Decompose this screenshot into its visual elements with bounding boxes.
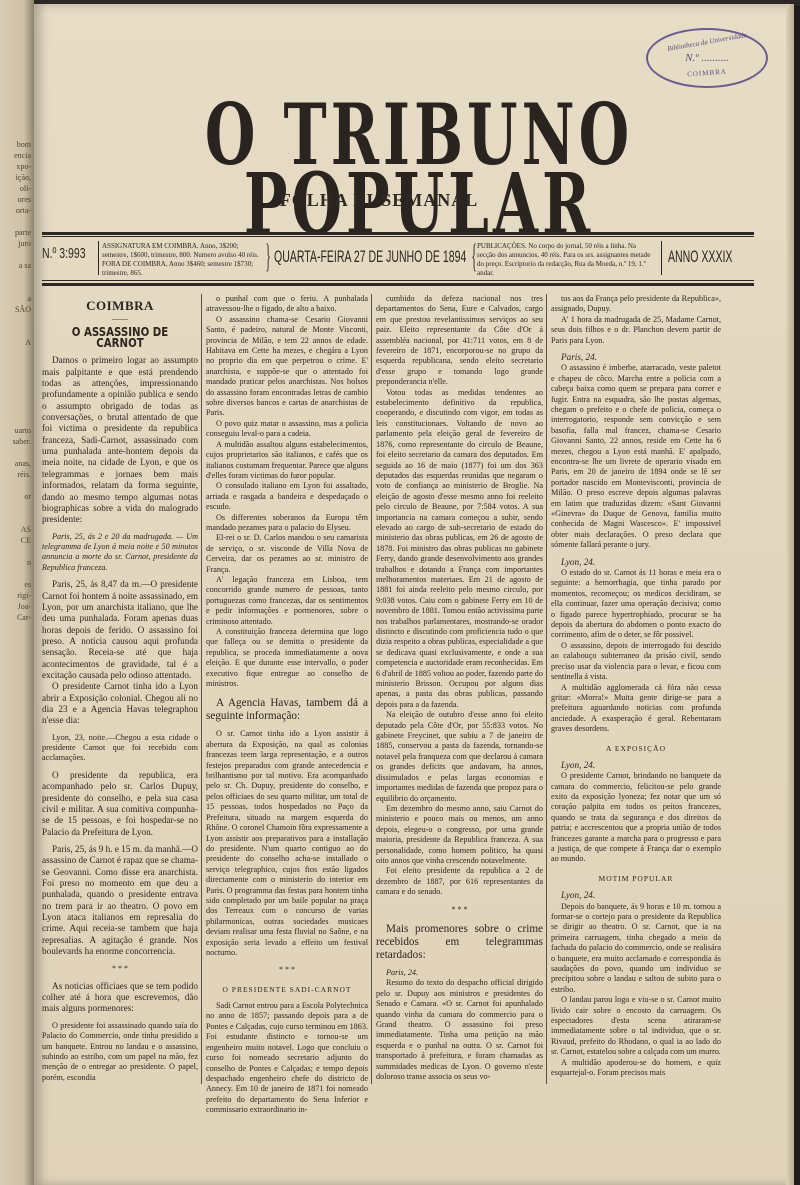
prev-page-fragment: parte [1, 228, 31, 238]
paragraph: Na eleição de outubro d'esse anno foi el… [376, 710, 543, 804]
dispatch: Lyon, 23, noite.—Chegou a esta cidade o … [42, 733, 198, 764]
separator-stars: * * * [376, 904, 543, 915]
column-4: tos aos da França pelo presidente da Rep… [551, 294, 721, 1078]
dispatch: Paris, 25, ás 2 e 20 da madrugada. — Um … [42, 532, 198, 574]
paragraph: O presidente foi assassinado quando saía… [42, 1021, 198, 1083]
paragraph: O landau parou logo e viu-se o sr. Carno… [551, 995, 721, 1057]
newspaper-page: Bibliotheca da Universidade N.º ........… [34, 4, 794, 1185]
late-dispatch-intro: Mais promenores sobre o crime recebidos … [376, 923, 543, 962]
prev-page-fragment: CE [1, 536, 31, 546]
prev-page-fragment: xpo- [1, 162, 31, 172]
paragraph: O assassino chama-se Cesario Giovanni Sa… [206, 315, 368, 419]
separator-stars: * * * [206, 964, 368, 975]
sub-heading: A EXPOSIÇÃO [551, 743, 721, 754]
page-edge [786, 4, 794, 1185]
paragraph: As noticias officiaes que se tem podido … [42, 981, 198, 1015]
paragraph: tos aos da França pelo presidente da Rep… [551, 294, 721, 315]
prev-page-fragment: es [1, 580, 31, 590]
paragraph: O povo quiz matar o assassino, mas a pol… [206, 419, 368, 440]
issue-date: QUARTA-FEIRA 27 DE JUNHO DE 1894 [274, 247, 392, 267]
prev-page-fragment: ores [1, 195, 31, 205]
masthead-subtitle: FOLHA BI-SEMANAL [254, 190, 504, 211]
paragraph: cumbido da defeza nacional nos tres depa… [376, 294, 543, 388]
divider [98, 241, 99, 275]
paragraph: A' legação franceza em Lisboa, tem conco… [206, 575, 368, 627]
dateline: Paris, 24. [376, 968, 543, 978]
stamp-line-2: N.º .......... [648, 52, 766, 64]
separator-dash: —— [42, 313, 198, 324]
havas-intro: A Agencia Havas, tambem dá a seguinte in… [206, 697, 368, 723]
prev-page-fragment: A [1, 338, 31, 348]
masthead-title: O TRIBUNO POPULAR [72, 100, 766, 239]
prev-page-fragment: juro [1, 239, 31, 249]
paragraph: O consulado italiano em Lyon foi assalta… [206, 481, 368, 512]
article-headline: O ASSASSINO DE CARNOT [54, 327, 187, 350]
sub-heading: O PRESIDENTE SADI-CARNOT [206, 984, 368, 995]
column-1: COIMBRA —— O ASSASSINO DE CARNOT Damos o… [42, 294, 198, 1083]
paragraph: A multidão apoderou-se do homem, e quiz … [551, 1058, 721, 1079]
column-rule [201, 294, 202, 1084]
paragraph: Resumo do texto do despacho official dir… [376, 978, 543, 1082]
dateline: Lyon, 24. [551, 890, 721, 901]
paragraph: Foi eleito presidente da republica a 2 d… [376, 866, 543, 897]
prev-page-fragment: a sa [1, 261, 31, 271]
info-band: N.º 3:993 ASSIGNATURA EM COIMBRA. Anno, … [42, 237, 762, 277]
subscription-info: ASSIGNATURA EM COIMBRA. Anno, 3$200; sem… [102, 242, 264, 278]
separator-stars: * * * [42, 963, 198, 974]
year-volume: ANNO XXXIX [668, 247, 732, 267]
paragraph: El-rei o sr. D. Carlos mandou o seu cama… [206, 533, 368, 575]
paragraph: A multidão assaltou alguns estabelecimen… [206, 440, 368, 482]
prev-page-fragment: Car- [1, 613, 31, 623]
paragraph: Damos o primeiro logar ao assumpto mais … [42, 355, 198, 525]
column-rule [371, 294, 372, 1084]
sub-heading: MOTIM POPULAR [551, 873, 721, 884]
library-stamp: Bibliotheca da Universidade N.º ........… [646, 28, 768, 88]
prev-page-fragment: rigi- [1, 591, 31, 601]
dateline: Paris, 24. [551, 352, 721, 363]
masthead-rule-top [42, 232, 754, 235]
paragraph: o punhal com que o feriu. A punhalada at… [206, 294, 368, 315]
stamp-line-3: COIMBRA [648, 65, 766, 81]
masthead-rule-bottom [42, 283, 754, 286]
prev-page-fragment: AS [1, 525, 31, 535]
paragraph: A' 1 hora da madrugada de 25, Madame Car… [551, 315, 721, 346]
brace-icon: } [265, 239, 271, 275]
publications-info: PUBLICAÇÕES. No corpo do jornal, 50 réis… [477, 242, 652, 278]
paragraph: Paris, 25, ás 8,47 da m.—O presidente Ca… [42, 579, 198, 681]
paragraph: Sadi Carnot entrou para a Escola Polytec… [206, 1001, 368, 1115]
paragraph: Paris, 25, ás 9 h. e 15 m. da manhã.—O a… [42, 844, 198, 957]
prev-page-fragment: or [1, 492, 31, 502]
prev-page-fragment: SÃO [1, 305, 31, 315]
issue-number: N.º 3:993 [42, 245, 80, 262]
prev-page-fragment: oli- [1, 184, 31, 194]
masthead-rule-bottom-thin [42, 280, 754, 281]
paragraph: O estado do sr. Carnot ás 11 horas e mei… [551, 568, 721, 641]
paragraph: Depois do banquete, ás 9 horas e 10 m. t… [551, 902, 721, 996]
paragraph: O assassino é imberbe, atarracado, veste… [551, 363, 721, 550]
prev-page-fragment: Joa- [1, 602, 31, 612]
prev-page-fragment: n [1, 558, 31, 568]
prev-page-fragment: ição, [1, 173, 31, 183]
paragraph: Os differentes soberanos da Europa têm m… [206, 513, 368, 534]
column-2: o punhal com que o feriu. A punhalada at… [206, 294, 368, 1116]
paragraph: Em dezembro do mesmo anno, saiu Carnot d… [376, 804, 543, 866]
prev-page-fragment: orta- [1, 206, 31, 216]
paragraph: A multidão agglomerada cá fóra não cessa… [551, 683, 721, 735]
dateline: Lyon, 24. [551, 557, 721, 568]
prev-page-fragment: réis. [1, 470, 31, 480]
prev-page-fragment: saber. [1, 437, 31, 447]
paragraph: O sr. Carnot tinha ido a Lyon assistir á… [206, 729, 368, 958]
previous-page-edge: bomenciaxpo-ição,oli-oresorta-partejuroa… [0, 0, 34, 1185]
prev-page-fragment: uarto [1, 426, 31, 436]
section-heading: COIMBRA [42, 300, 198, 311]
prev-page-fragment: bom [1, 140, 31, 150]
divider [661, 241, 662, 275]
prev-page-fragment: encia [1, 151, 31, 161]
paragraph: O presidente Carnot, brindando no banque… [551, 771, 721, 865]
prev-page-fragment: anas, [1, 459, 31, 469]
dateline: Lyon, 24. [551, 760, 721, 771]
paragraph: A constituição franceza determina que lo… [206, 627, 368, 689]
paragraph: Votou todas as medidas tendentes ao esta… [376, 388, 543, 711]
paragraph: O presidente da republica, era acompanha… [42, 770, 198, 838]
paragraph: O assassino, depois de interrogado foi d… [551, 641, 721, 683]
column-3: cumbido da defeza nacional nos tres depa… [376, 294, 543, 1082]
paragraph: O presidente Carnot tinha ido a Lyon abr… [42, 681, 198, 726]
column-rule [546, 294, 547, 1084]
prev-page-fragment: a [1, 294, 31, 304]
